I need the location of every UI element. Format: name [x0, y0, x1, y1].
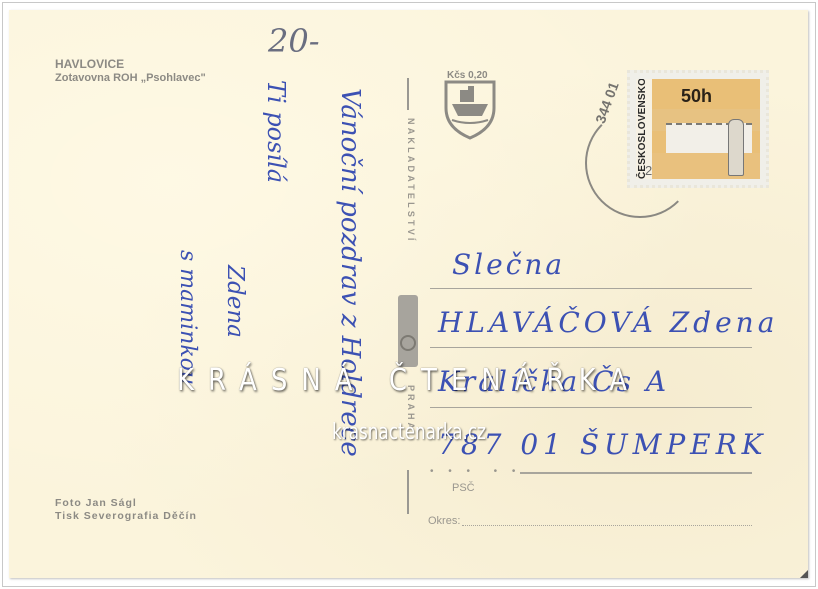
watermark-title: KRÁSNÁ ČTENÁŘKA	[0, 364, 818, 399]
corner-mark	[800, 570, 808, 578]
publisher-text: NAKLADATELSTVÍ	[400, 118, 416, 244]
printed-place: HAVLOVICE	[55, 57, 124, 71]
price-note: 20-	[268, 22, 320, 60]
postmark-date: 2	[645, 163, 652, 178]
center-divider-top	[407, 78, 409, 110]
watermark-url: krasnactenarka.cz	[61, 420, 756, 445]
postmark-circle	[585, 108, 695, 218]
message-line-1: Vánoční pozdrav z Holdrece	[335, 88, 365, 457]
okres-label: Okres:	[428, 515, 460, 527]
center-divider-bottom	[407, 470, 409, 514]
stamp-value: 50h	[681, 86, 712, 107]
address-text-1: Slečna	[452, 248, 565, 281]
press-logo-icon	[398, 295, 418, 367]
printed-subtitle: Zotavovna ROH „Psohlavec"	[55, 72, 206, 84]
okres-line	[462, 525, 752, 526]
print-credit: Tisk Severografia Děčín	[55, 510, 197, 522]
psc-label: PSČ	[452, 482, 475, 494]
address-line-4	[520, 472, 752, 474]
message-line-2: Ti posílá	[262, 80, 290, 183]
photo-credit: Foto Jan Ságl	[55, 497, 137, 509]
address-line-2	[430, 347, 752, 348]
address-line-3	[430, 407, 752, 408]
fee-value: Kčs 0,20	[447, 70, 488, 81]
address-line-1	[430, 288, 752, 289]
stamp-statue-illustration	[728, 119, 744, 176]
address-text-2: HLAVÁČOVÁ Zdena	[438, 306, 778, 339]
psc-boxes: • • • • •	[430, 466, 521, 477]
message-line-3: Zdena	[222, 265, 248, 338]
